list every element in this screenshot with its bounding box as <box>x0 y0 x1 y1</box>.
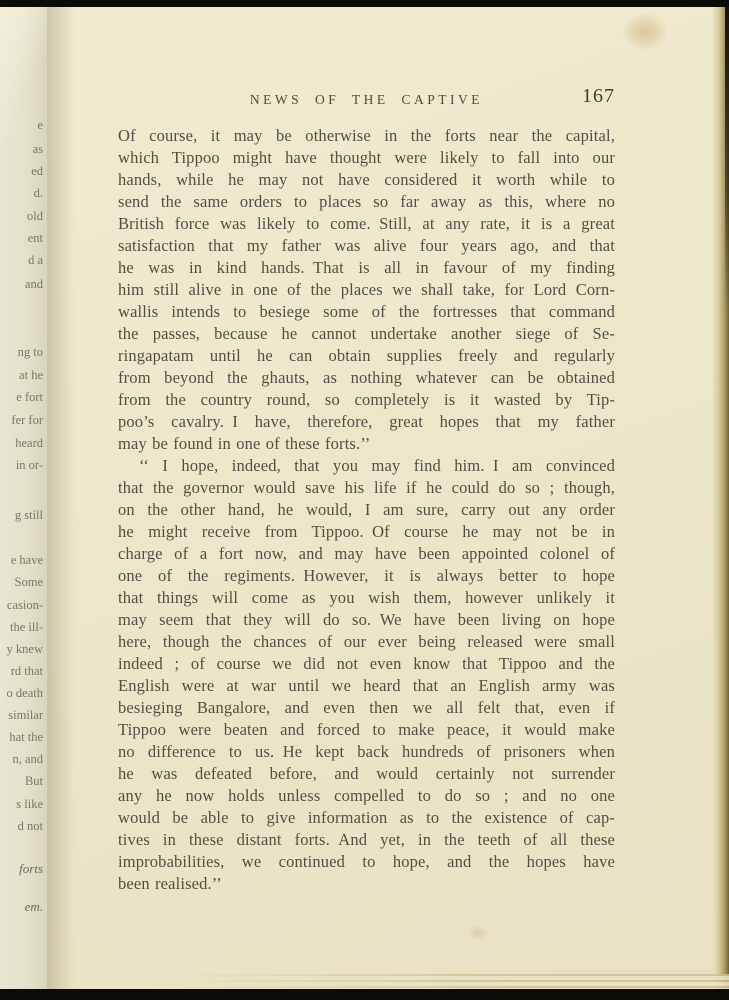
text-line: on the other hand, he would, I am sure, … <box>118 499 615 521</box>
text-line: would be able to give information as to … <box>118 807 615 829</box>
facing-page-text-fragment: e fort <box>16 390 43 404</box>
paragraph: Of course, it may be otherwise in the fo… <box>118 125 615 455</box>
running-title: NEWS OF THE CAPTIVE <box>118 89 615 108</box>
facing-page-text-fragment: and <box>25 277 43 291</box>
text-line: any he now holds unless compelled to do … <box>118 785 615 807</box>
facing-page-text-fragment: d a <box>28 253 43 267</box>
text-line: send the same orders to places so far aw… <box>118 191 615 213</box>
text-line: him still alive in one of the places we … <box>118 279 615 301</box>
facing-page-text-fragment: as <box>33 142 43 156</box>
facing-page-text-fragment: e have <box>11 553 43 567</box>
facing-page-text-fragment: o death <box>7 686 43 700</box>
text-line: may be found in one of these forts.’’ <box>118 433 615 455</box>
book-scan-page: easedd.oldentd aandng toat hee fortfer f… <box>0 0 729 1000</box>
facing-page-text-fragment: Some <box>15 575 43 589</box>
facing-page-text-fragment: d not <box>18 819 43 833</box>
text-column: NEWS OF THE CAPTIVE 167 Of course, it ma… <box>118 89 615 895</box>
facing-page-text-fragment: fer for <box>11 413 43 427</box>
text-line: poo’s cavalry. I have, therefore, great … <box>118 411 615 433</box>
facing-page-text-fragment: y knew <box>7 642 43 656</box>
text-line: ringapatam until he can obtain supplies … <box>118 345 615 367</box>
page-number: 167 <box>582 85 615 108</box>
text-line: from the country round, so completely is… <box>118 389 615 411</box>
facing-page-text-fragment: ed <box>31 164 43 178</box>
text-line: he might receive from Tippoo. Of course … <box>118 521 615 543</box>
facing-page-text-fragment: old <box>27 209 43 223</box>
text-line: wallis intends to besiege some of the fo… <box>118 301 615 323</box>
facing-page-edge: easedd.oldentd aandng toat hee fortfer f… <box>0 7 47 989</box>
facing-page-text-fragment: But <box>25 774 43 788</box>
paragraph: ‘‘ I hope, indeed, that you may find him… <box>118 455 615 895</box>
scan-border-top <box>0 0 729 7</box>
facing-page-text-fragment: n, and <box>12 752 43 766</box>
text-line: he was in kind hands. That is all in fav… <box>118 257 615 279</box>
text-line: tives in these distant forts. And yet, i… <box>118 829 615 851</box>
facing-page-text-fragment: casion- <box>7 598 43 612</box>
facing-page-text-fragment: s like <box>16 797 43 811</box>
facing-page-text-fragment: em. <box>25 900 43 914</box>
text-line: may seem that they will do so. We have b… <box>118 609 615 631</box>
text-line: Tippoo were beaten and forced to make pe… <box>118 719 615 741</box>
text-line: hands, while he may not have considered … <box>118 169 615 191</box>
text-line: besieging Bangalore, and even then we al… <box>118 697 615 719</box>
facing-page-text-fragment: e <box>37 118 43 132</box>
text-line: satisfaction that my father was alive fo… <box>118 235 615 257</box>
text-line: the passes, because he cannot undertake … <box>118 323 615 345</box>
text-line: indeed ; of course we did not even know … <box>118 653 615 675</box>
text-line: been realised.’’ <box>118 873 615 895</box>
text-line: that the governor would save his life if… <box>118 477 615 499</box>
facing-page-text-fragment: heard <box>15 436 43 450</box>
text-line: that things will come as you wish them, … <box>118 587 615 609</box>
text-line: he was defeated before, and would certai… <box>118 763 615 785</box>
facing-page-text-fragment: at he <box>19 368 43 382</box>
page-body: Of course, it may be otherwise in the fo… <box>118 125 615 895</box>
book-page: NEWS OF THE CAPTIVE 167 Of course, it ma… <box>47 7 713 989</box>
stacked-pages-bottom-edge <box>0 974 729 989</box>
page-header: NEWS OF THE CAPTIVE 167 <box>118 89 615 125</box>
facing-page-text-fragment: forts <box>19 862 43 876</box>
facing-page-text-fragment: ng to <box>18 345 43 359</box>
right-edge-shadow <box>725 7 729 307</box>
scan-border-bottom <box>0 989 729 1000</box>
text-line: no difference to us. He kept back hundre… <box>118 741 615 763</box>
facing-page-text-fragment: g still <box>15 508 43 522</box>
text-line: one of the regiments. However, it is alw… <box>118 565 615 587</box>
facing-page-text-fragment: ent <box>28 231 43 245</box>
facing-page-text-fragment: the ill- <box>10 620 43 634</box>
text-line: which Tippoo might have thought were lik… <box>118 147 615 169</box>
text-line: here, though the chances of our ever bei… <box>118 631 615 653</box>
facing-page-text-fragment: rd that <box>11 664 43 678</box>
text-line: charge of a fort now, and may have been … <box>118 543 615 565</box>
facing-page-text-fragment: similar <box>8 708 43 722</box>
page-stain <box>622 13 668 51</box>
facing-page-text-fragment: in or- <box>16 458 43 472</box>
facing-page-text-fragment: d. <box>34 186 43 200</box>
text-line: ‘‘ I hope, indeed, that you may find him… <box>118 455 615 477</box>
facing-page-text-fragment: hat the <box>9 730 43 744</box>
text-line: British force was likely to come. Still,… <box>118 213 615 235</box>
text-line: English were at war until we heard that … <box>118 675 615 697</box>
page-stain-small <box>467 925 489 941</box>
text-line: Of course, it may be otherwise in the fo… <box>118 125 615 147</box>
text-line: from beyond the ghauts, as nothing whate… <box>118 367 615 389</box>
text-line: improbabilities, we continued to hope, a… <box>118 851 615 873</box>
